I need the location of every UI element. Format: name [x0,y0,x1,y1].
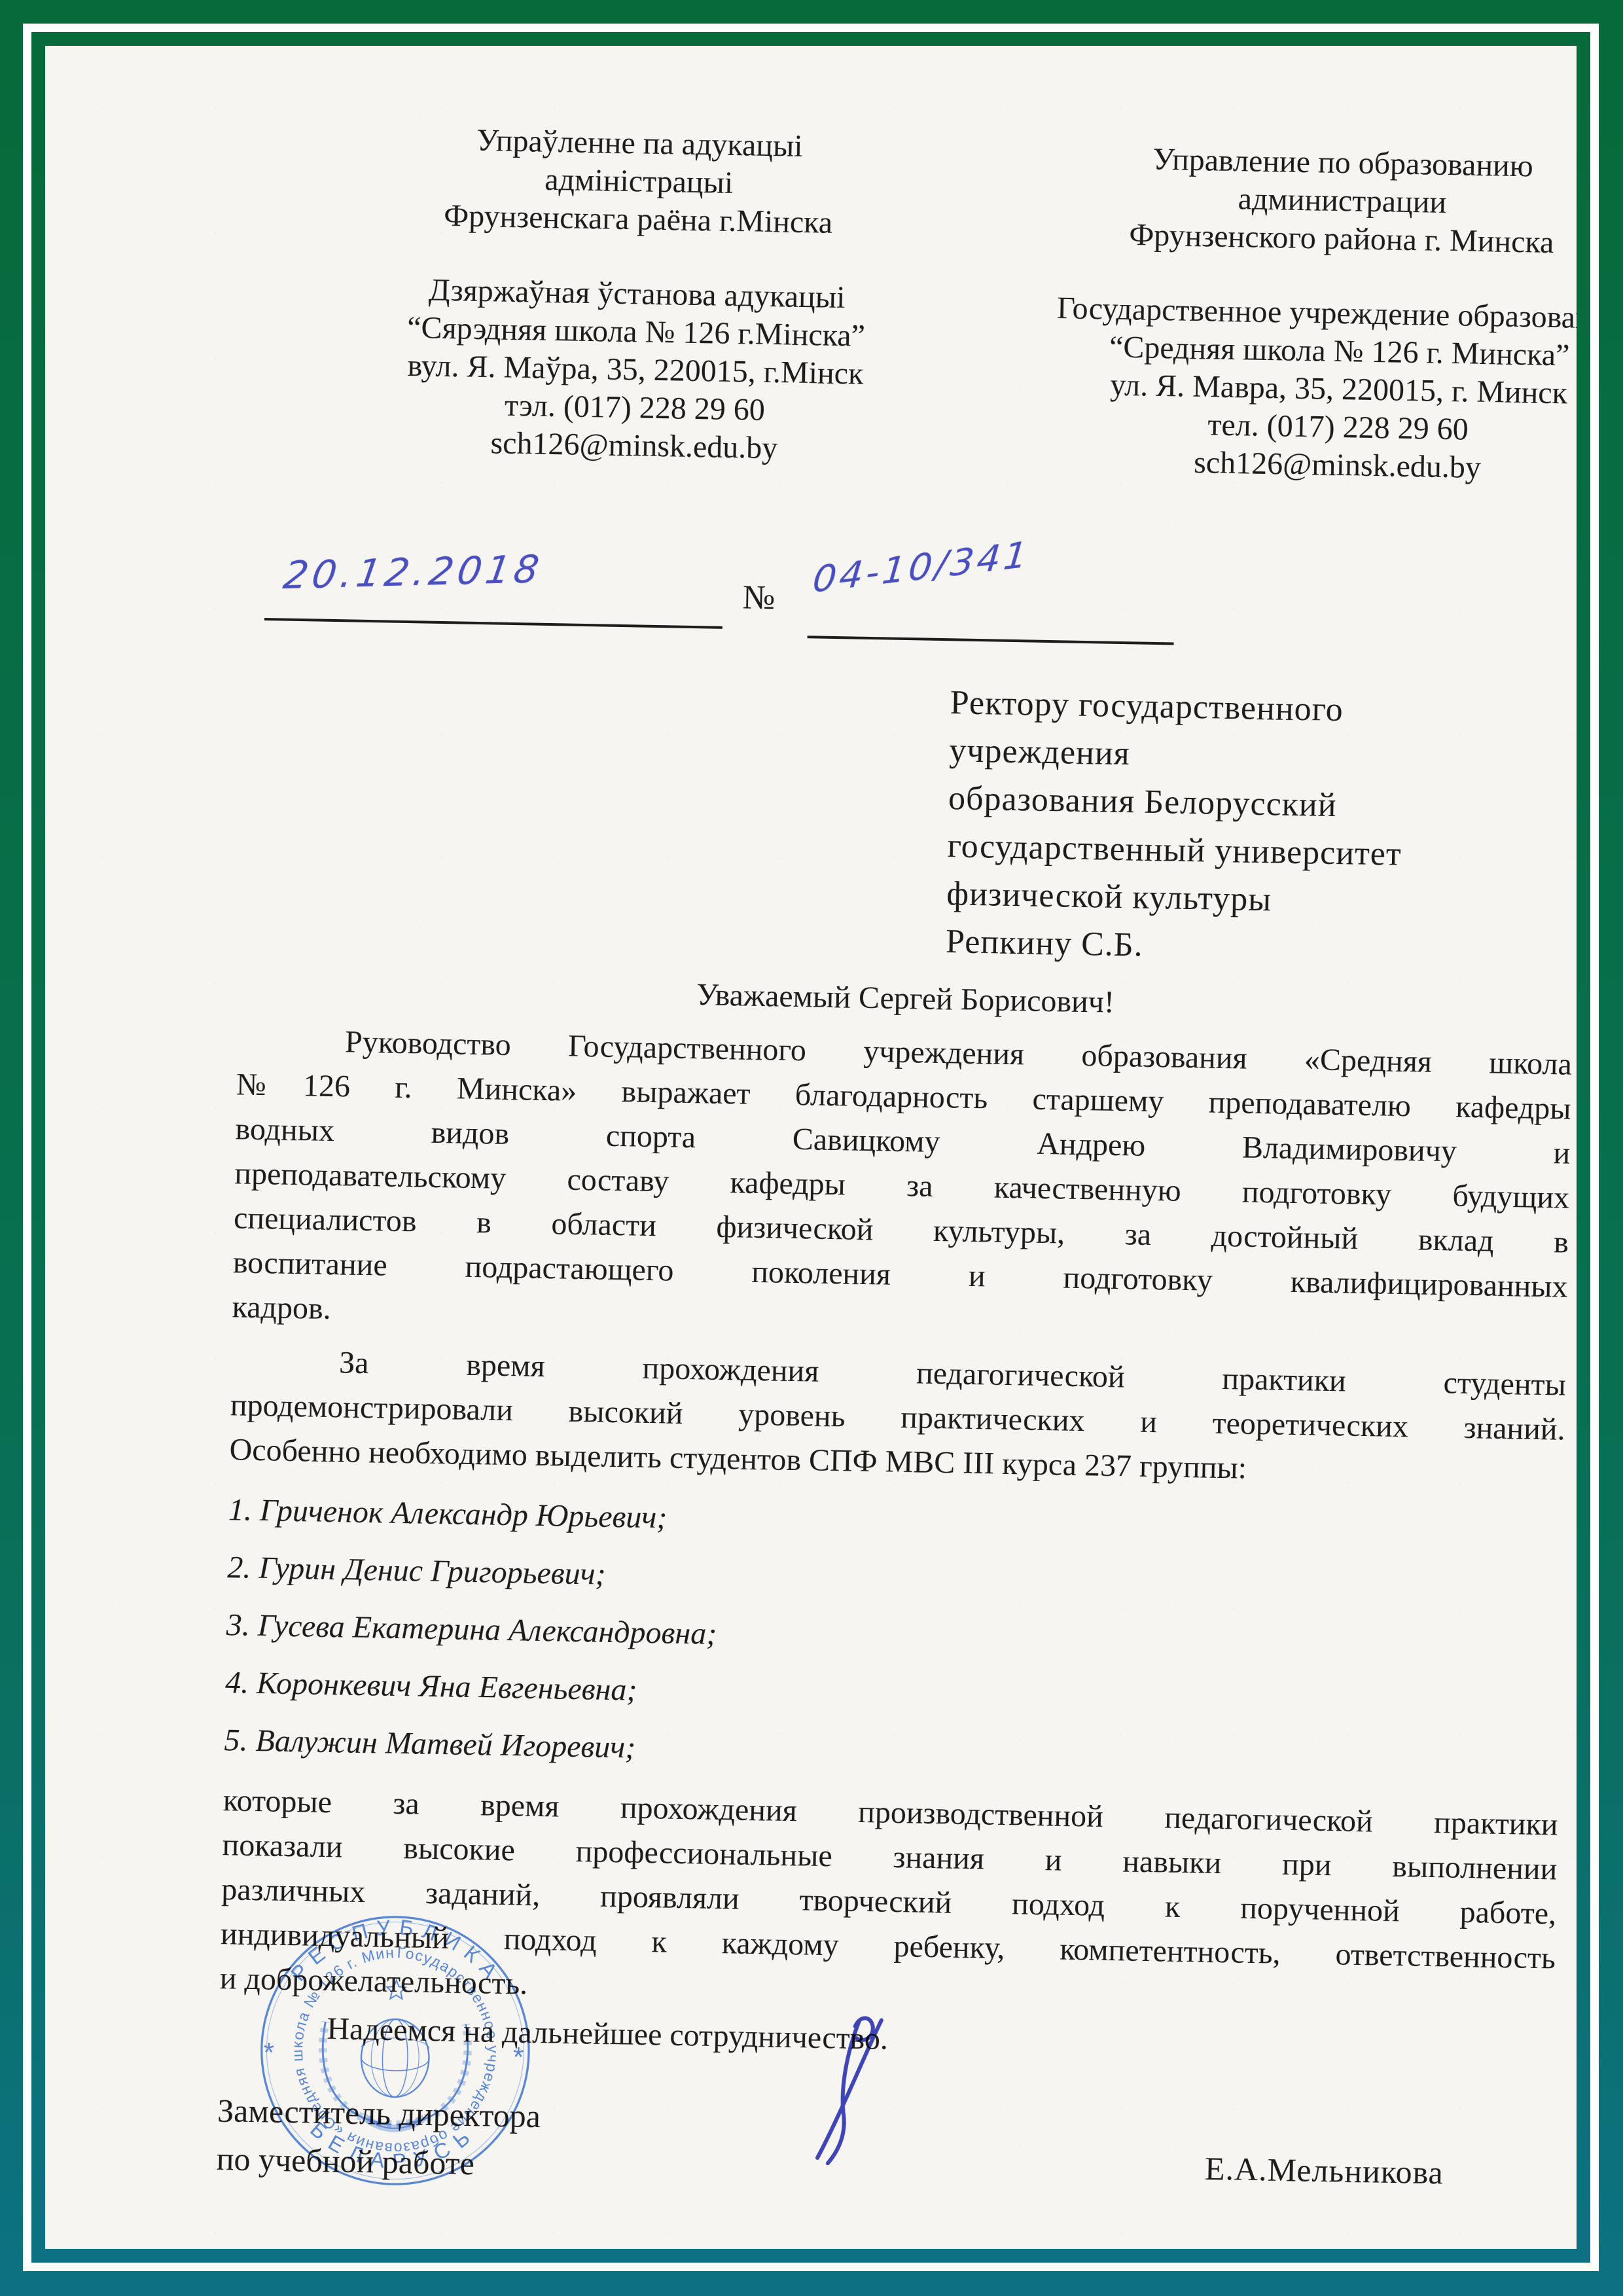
paragraph-1: Руководство Государственного учреждения … [232,1018,1572,1354]
letterhead-belarusian: Упраўленне па адукацыі адміністрацыі Фру… [254,118,1019,472]
reference-line: 20.12.2018 № 04-10/341 [263,541,1247,689]
date-underline [264,618,722,629]
handwritten-date: 20.12.2018 [281,547,546,598]
official-stamp-icon: РЕСПУБЛИКА БЕЛАРУСЬ Государственное учре… [242,1897,548,2204]
decorative-frame-inner: Упраўленне па адукацыі адміністрацыі Фру… [31,32,1590,2263]
closing-name: Е.А.Мельникова [1204,2118,1444,2192]
addressee-block: Ректору государственного учреждения обра… [945,679,1577,977]
student-list: 1. Гриченок Александр Юрьевич; 2. Гурин … [224,1481,1564,1793]
letterhead-russian: Управление по образованию администрации … [921,136,1577,492]
number-sign: № [742,578,776,617]
handwritten-number: 04-10/341 [811,533,1032,601]
number-underline [808,636,1174,645]
decorative-frame-outer: Упраўленне па адукацыі адміністрацыі Фру… [0,0,1623,2296]
scanned-content: Упраўленне па адукацыі адміністрацыі Фру… [45,46,1577,2249]
letter-page: Упраўленне па адукацыі адміністрацыі Фру… [45,46,1577,2249]
coat-of-arms [321,1979,469,2130]
paragraph-2: За время прохождения педагогической прак… [229,1338,1566,1496]
stamp-star-right: * [512,2041,524,2072]
decorative-frame-gap: Упраўленне па адукацыі адміністрацыі Фру… [23,24,1599,2271]
signature-icon [779,2005,901,2178]
stamp-star-left: * [263,2037,274,2068]
